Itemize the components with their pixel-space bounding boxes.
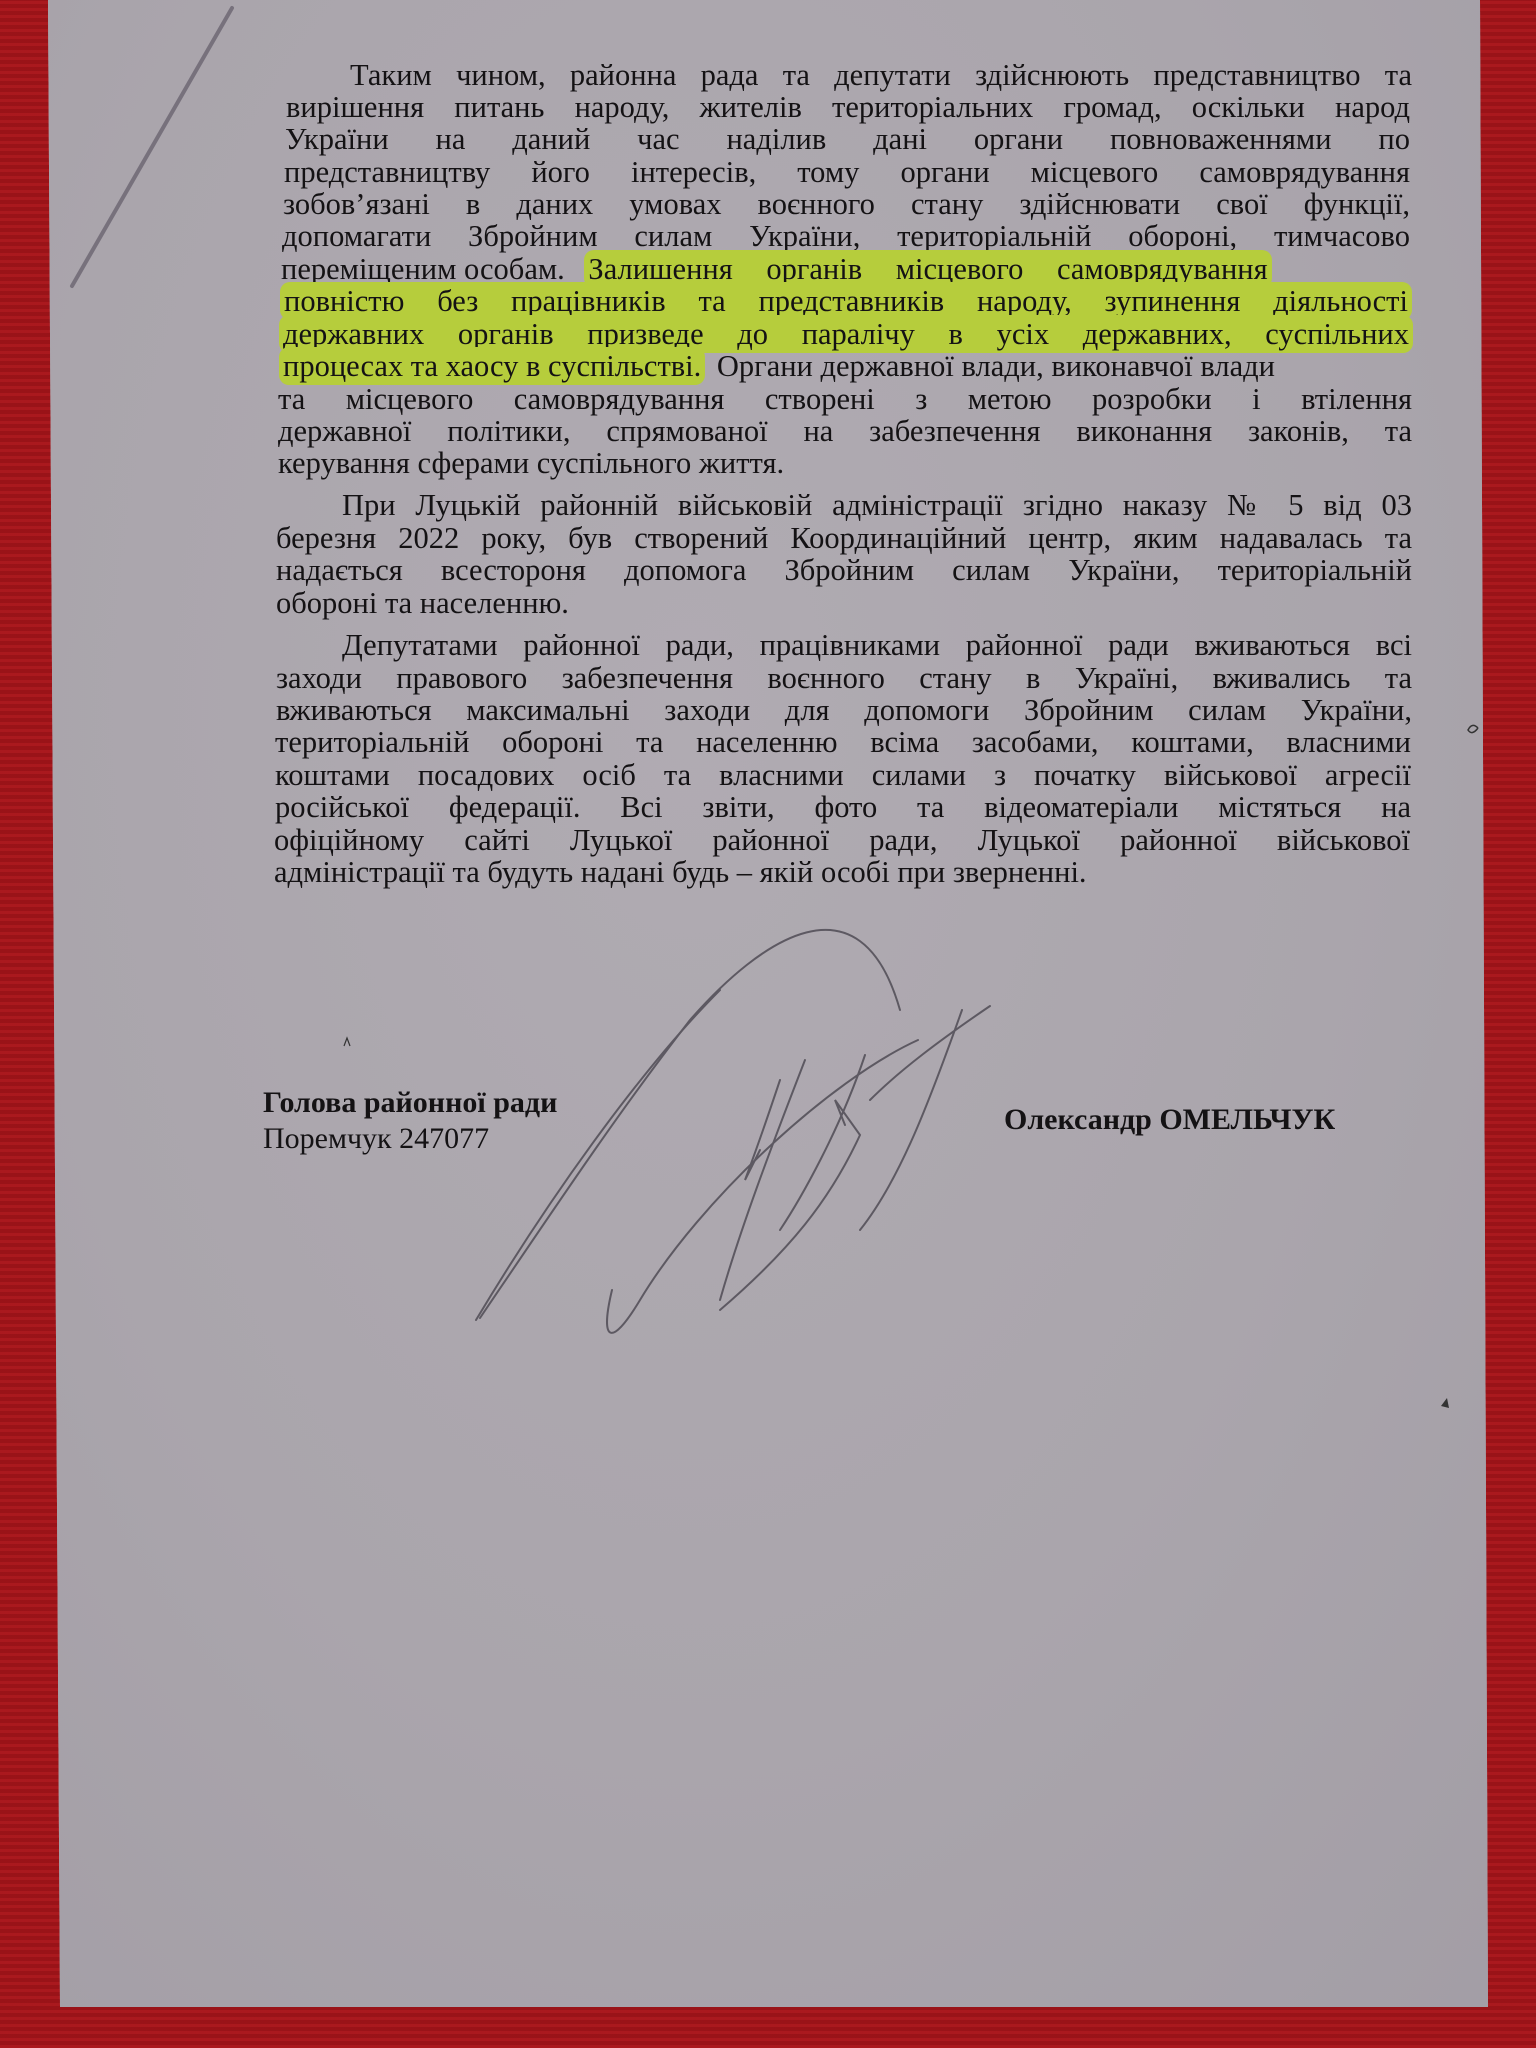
p3-line-4: територіальній обороні та населенню всім… [275,725,1411,759]
p1-line-1: Таким чином, районна рада та депутати зд… [350,58,1412,92]
p1-line-3: України на даний час наділив дані органи… [285,122,1410,156]
position-title: Голова районної ради [263,1085,557,1121]
p2-line-4: обороні та населенню. [276,586,569,620]
p3-line-1: Депутатами районної ради, працівниками р… [342,628,1412,662]
p1-line-8: повністю без працівників та представникі… [280,284,1412,318]
p1-line-4: представництву його інтересів, тому орга… [284,155,1410,189]
p1-line-7: переміщеним особам. Залишення органів мі… [281,252,1411,286]
p1-line-11: та місцевого самоврядування створені з м… [278,382,1412,416]
signature-left-block: Голова районної ради Поремчук 247077 [263,1085,557,1157]
p3-line-5: коштами посадових осіб та власними силам… [275,758,1411,792]
p2-line-3: надається всестороня допомога Збройним с… [276,553,1412,587]
p1-line-10: процесах та хаосу в суспільстві. Органи … [279,349,1413,383]
signer-name: Олександр ОМЕЛЬЧУК [1004,1103,1335,1137]
p3-line-7: офіційному сайті Луцької районної ради, … [274,823,1410,857]
highlighted-text: процесах та хаосу в суспільстві. [279,347,705,385]
p3-line-2: заходи правового забезпечення воєнного с… [276,661,1412,695]
p1-line-5: зобов’язані в даних умовах воєнного стан… [283,187,1410,221]
p1-line-12: державної політики, спрямованої на забез… [278,414,1412,448]
p1-line-2: вирішення питань народу, жителів територ… [286,90,1410,124]
p2-line-1: При Луцькій районній військовій адмініст… [342,488,1412,522]
p3-line-6: російської федерації. Всі звіти, фото та… [275,790,1411,824]
p3-line-3: вживаються максимальні заходи для допомо… [276,693,1412,727]
p1-line-13: керування сферами суспільного життя. [278,446,784,480]
p2-line-2: березня 2022 року, був створений Координ… [276,521,1412,555]
p1-line-9: державних органів призведе до паралічу в… [279,317,1413,351]
p3-line-8: адміністрації та будуть надані будь – як… [274,855,1087,889]
p1-line-6: допомагати Збройним силам України, терит… [282,219,1410,253]
p1-line-7-start: переміщеним особам. [281,252,565,286]
executor-info: Поремчук 247077 [263,1121,557,1157]
p1-line-10-end: Органи державної влади, виконавчої влади [717,349,1275,383]
